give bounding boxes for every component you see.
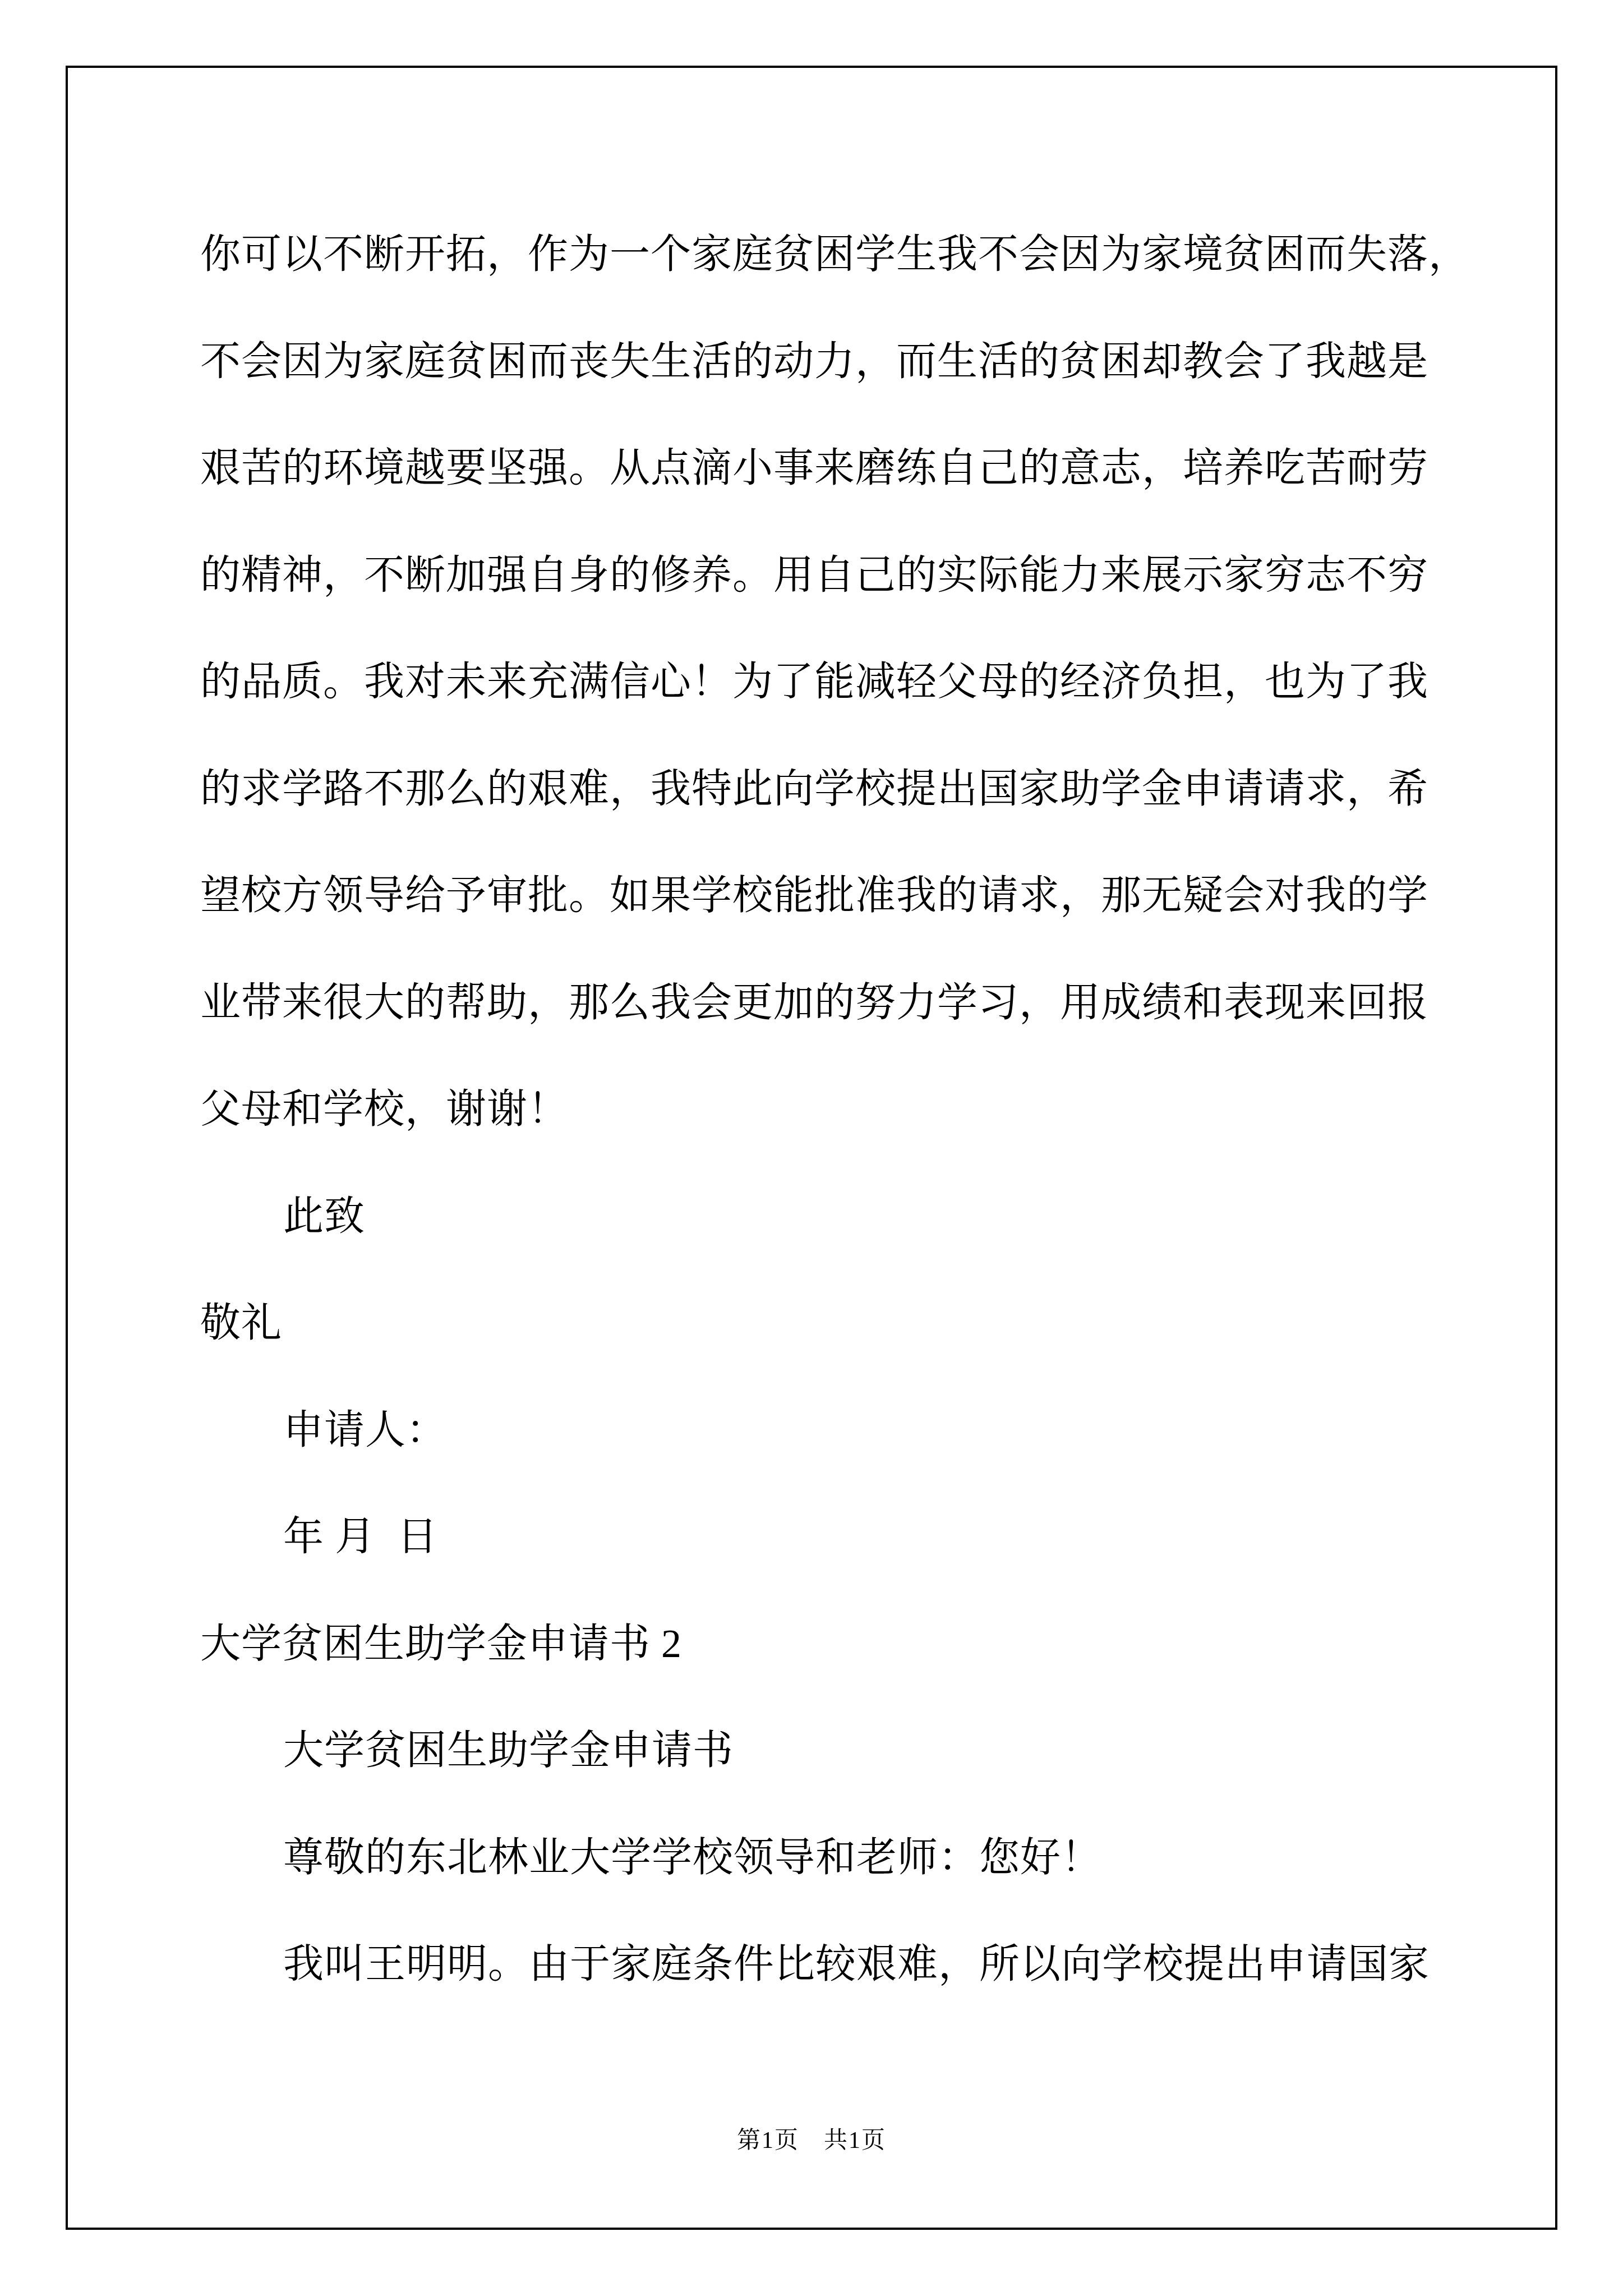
text-line-date: 年 月 日 <box>200 1483 1490 1590</box>
text-line: 的品质。我对未来充满信心！为了能减轻父母的经济负担，也为了我 <box>200 628 1490 735</box>
text-line-salute: 敬礼 <box>200 1269 1490 1377</box>
page-number-footer: 第1页 共1页 <box>0 2122 1623 2155</box>
text-line: 我叫王明明。由于家庭条件比较艰难，所以向学校提出申请国家 <box>200 1911 1490 2018</box>
text-line: 父母和学校，谢谢！ <box>200 1056 1490 1163</box>
text-line: 的精神，不断加强自身的修养。用自己的实际能力来展示家穷志不穷 <box>200 522 1490 629</box>
text-line: 业带来很大的帮助，那么我会更加的努力学习，用成绩和表现来回报 <box>200 949 1490 1056</box>
text-line-letter-title: 大学贫困生助学金申请书 <box>200 1697 1490 1804</box>
document-page: 你可以不断开拓，作为一个家庭贫困学生我不会因为家境贫困而失落， 不会因为家庭贫困… <box>0 0 1623 2296</box>
text-line: 不会因为家庭贫困而丧失生活的动力，而生活的贫困却教会了我越是 <box>200 308 1490 415</box>
text-line: 艰苦的环境越要坚强。从点滴小事来磨练自己的意志，培养吃苦耐劳 <box>200 415 1490 522</box>
document-body: 你可以不断开拓，作为一个家庭贫困学生我不会因为家境贫困而失落， 不会因为家庭贫困… <box>200 201 1490 2018</box>
text-line: 望校方领导给予审批。如果学校能批准我的请求，那无疑会对我的学 <box>200 842 1490 949</box>
text-line: 你可以不断开拓，作为一个家庭贫困学生我不会因为家境贫困而失落， <box>200 201 1490 308</box>
text-line-greeting: 尊敬的东北林业大学学校领导和老师：您好！ <box>200 1804 1490 1911</box>
text-line-salutation: 此致 <box>200 1163 1490 1270</box>
text-line: 的求学路不那么的艰难，我特此向学校提出国家助学金申请请求，希 <box>200 735 1490 843</box>
text-line-applicant: 申请人： <box>200 1377 1490 1484</box>
text-line-section-heading: 大学贫困生助学金申请书 2 <box>200 1590 1490 1697</box>
